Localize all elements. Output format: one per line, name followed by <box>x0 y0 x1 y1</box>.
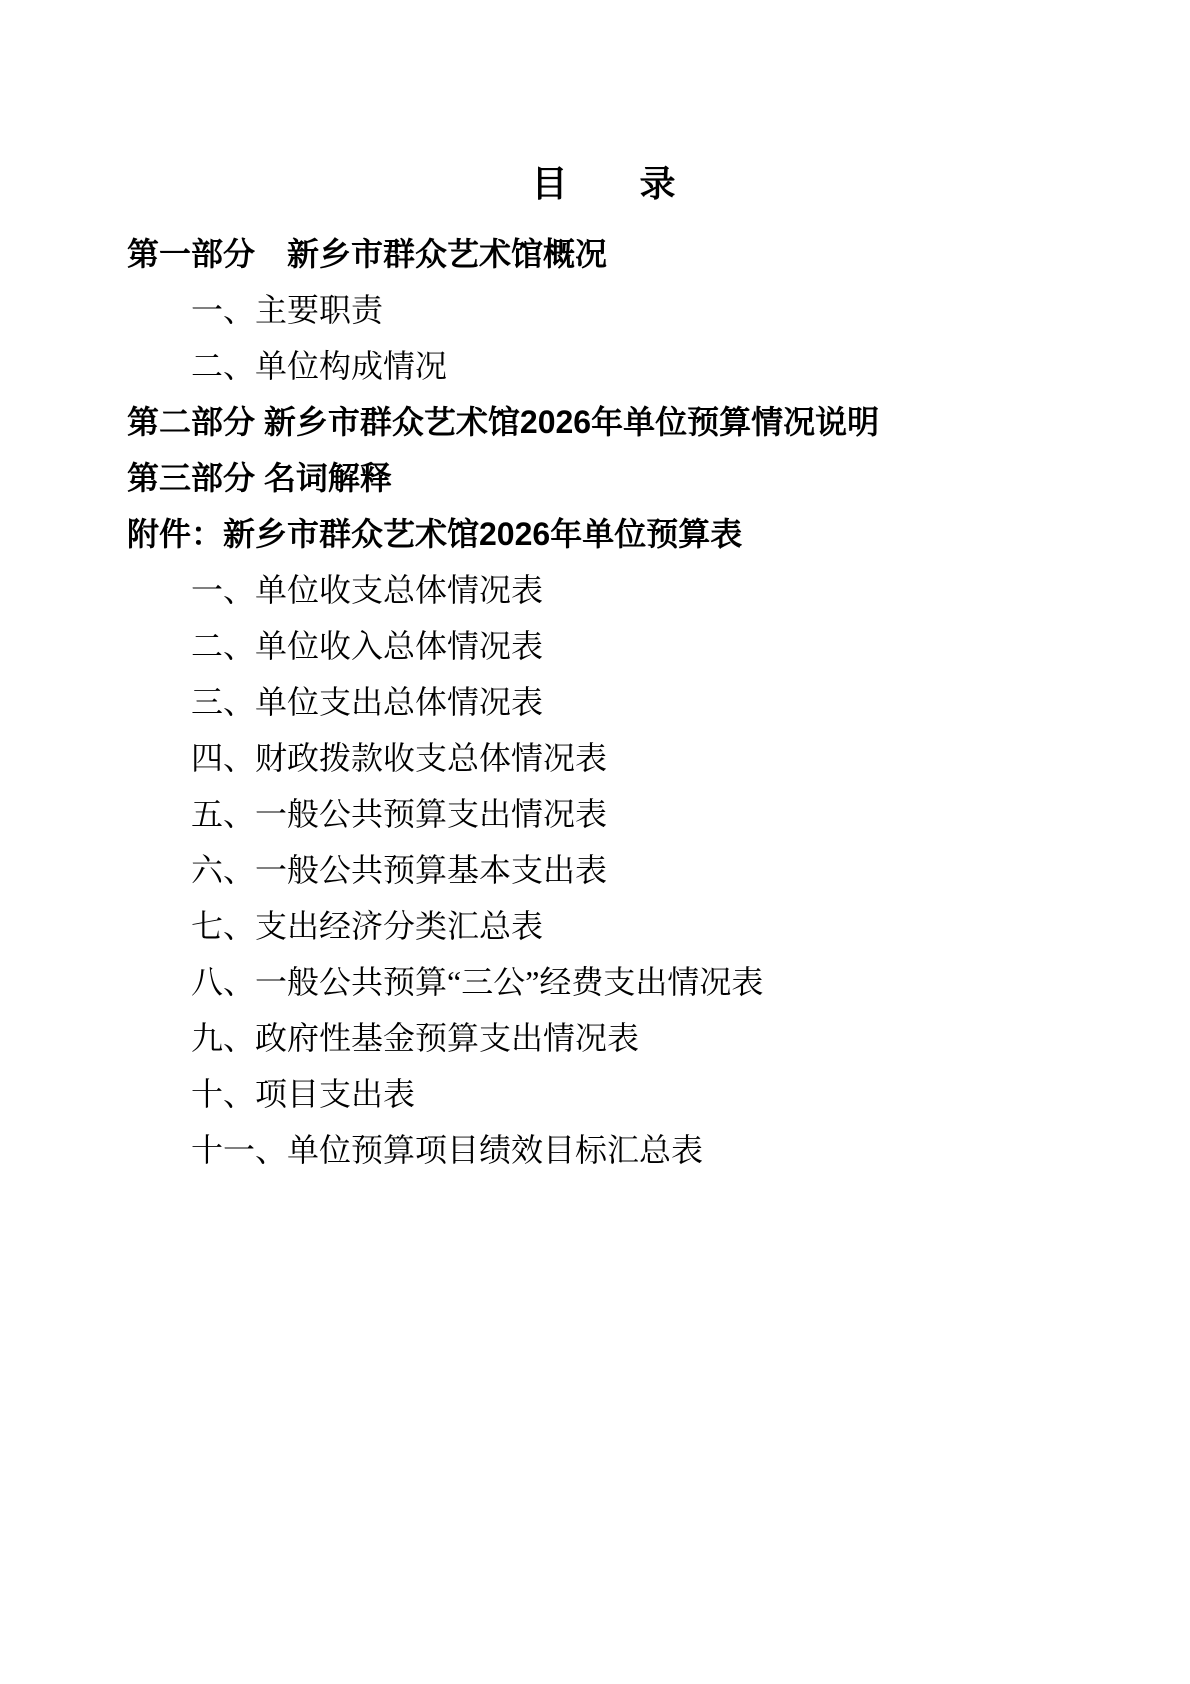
document-page: 目 录 第一部分 新乡市群众艺术馆概况一、主要职责二、单位构成情况第二部分 新乡… <box>0 0 1190 1684</box>
toc-item: 十、项目支出表 <box>127 1066 1080 1122</box>
toc-item: 十一、单位预算项目绩效目标汇总表 <box>127 1122 1080 1178</box>
toc-item: 五、一般公共预算支出情况表 <box>127 786 1080 842</box>
toc-item: 一、主要职责 <box>127 282 1080 338</box>
toc-item: 七、支出经济分类汇总表 <box>127 898 1080 954</box>
table-of-contents: 第一部分 新乡市群众艺术馆概况一、主要职责二、单位构成情况第二部分 新乡市群众艺… <box>127 226 1080 1178</box>
toc-part-heading: 第二部分 新乡市群众艺术馆2026年单位预算情况说明 <box>127 394 1080 450</box>
page-title: 目 录 <box>127 156 1080 212</box>
toc-item: 九、政府性基金预算支出情况表 <box>127 1010 1080 1066</box>
toc-item: 二、单位收入总体情况表 <box>127 618 1080 674</box>
toc-item: 六、一般公共预算基本支出表 <box>127 842 1080 898</box>
toc-part-heading: 附件：新乡市群众艺术馆2026年单位预算表 <box>127 506 1080 562</box>
toc-part-heading: 第一部分 新乡市群众艺术馆概况 <box>127 226 1080 282</box>
toc-part-heading: 第三部分 名词解释 <box>127 450 1080 506</box>
toc-item: 八、一般公共预算“三公”经费支出情况表 <box>127 954 1080 1010</box>
toc-item: 二、单位构成情况 <box>127 338 1080 394</box>
toc-item: 四、财政拨款收支总体情况表 <box>127 730 1080 786</box>
toc-item: 一、单位收支总体情况表 <box>127 562 1080 618</box>
toc-item: 三、单位支出总体情况表 <box>127 674 1080 730</box>
